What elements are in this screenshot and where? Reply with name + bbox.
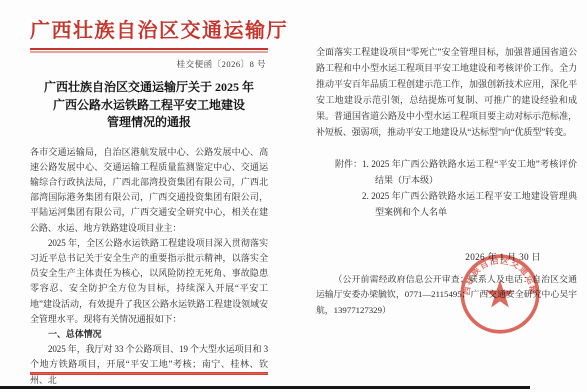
attachments-block: 附件： 1. 2025 年广西公路铁路水运工程“平安工地”考核评价结果（厅本级）…: [335, 156, 577, 220]
document-scan: { "colors": { "letterhead_red": "#c5352c…: [0, 0, 587, 392]
disclosure-note: （公开前需经政府信息公开审查；联系人及电话：自治区交通运输厅安委办梁毓钦，077…: [316, 272, 577, 318]
body-paragraph-2: 2025 年，我厅对 33 个公路项目、19 个大型水运项目和 3 个地方铁路项…: [30, 342, 268, 388]
attachments-list: 1. 2025 年广西公路铁路水运工程“平安工地”考核评价结果（厅本级） 2. …: [362, 156, 577, 220]
continuation-paragraph: 全面落实工程建设项目“零死亡”安全管理目标，加强普通国省道公路工程和中小型水运工…: [316, 44, 577, 140]
document-page-right: 全面落实工程建设项目“零死亡”安全管理目标，加强普通国省道公路工程和中小型水运工…: [316, 44, 577, 318]
document-title-line-3: 管理情况的通报: [30, 114, 268, 132]
scan-edge-line: [0, 386, 530, 389]
recipients-paragraph: 各市交通运输局，自治区港航发展中心、公路发展中心、高速公路发展中心、交通运输工程…: [30, 145, 268, 236]
issue-date: 2026 年 1 月 30 日: [316, 249, 577, 263]
document-title: 广西壮族自治区交通运输厅关于 2025 年 广西公路水运铁路工程平安工地建设 管…: [30, 79, 268, 132]
document-page-left: 广西壮族自治区交通运输厅 桂交便函〔2026〕8 号 广西壮族自治区交通运输厅关…: [30, 18, 268, 388]
document-body-right: 全面落实工程建设项目“零死亡”安全管理目标，加强普通国省道公路工程和中小型水运工…: [316, 44, 577, 140]
body-paragraph-1: 2025 年，全区公路水运铁路工程建设项目深入贯彻落实习近平总书记关于安全生产的…: [30, 236, 268, 327]
attachment-item-1: 1. 2025 年广西公路铁路水运工程“平安工地”考核评价结果（厅本级）: [362, 156, 577, 188]
doc-number: 桂交便函〔2026〕8 号: [30, 58, 268, 70]
document-body-left: 各市交通运输局，自治区港航发展中心、公路发展中心、高速公路发展中心、交通运输工程…: [30, 145, 268, 388]
letterhead-title: 广西壮族自治区交通运输厅: [30, 18, 268, 44]
attachment-item-2: 2. 2025 年广西公路铁路水运工程平安工地建设管理典型案例和个人名单: [362, 188, 577, 220]
section-heading-1: 一、总体情况: [30, 327, 268, 342]
document-title-line-2: 广西公路水运铁路工程平安工地建设: [30, 97, 268, 115]
document-title-line-1: 广西壮族自治区交通运输厅关于 2025 年: [30, 79, 268, 97]
letterhead-divider: [30, 48, 268, 50]
page-footer-red-divider: [30, 372, 268, 375]
attachments-label: 附件：: [335, 156, 362, 220]
